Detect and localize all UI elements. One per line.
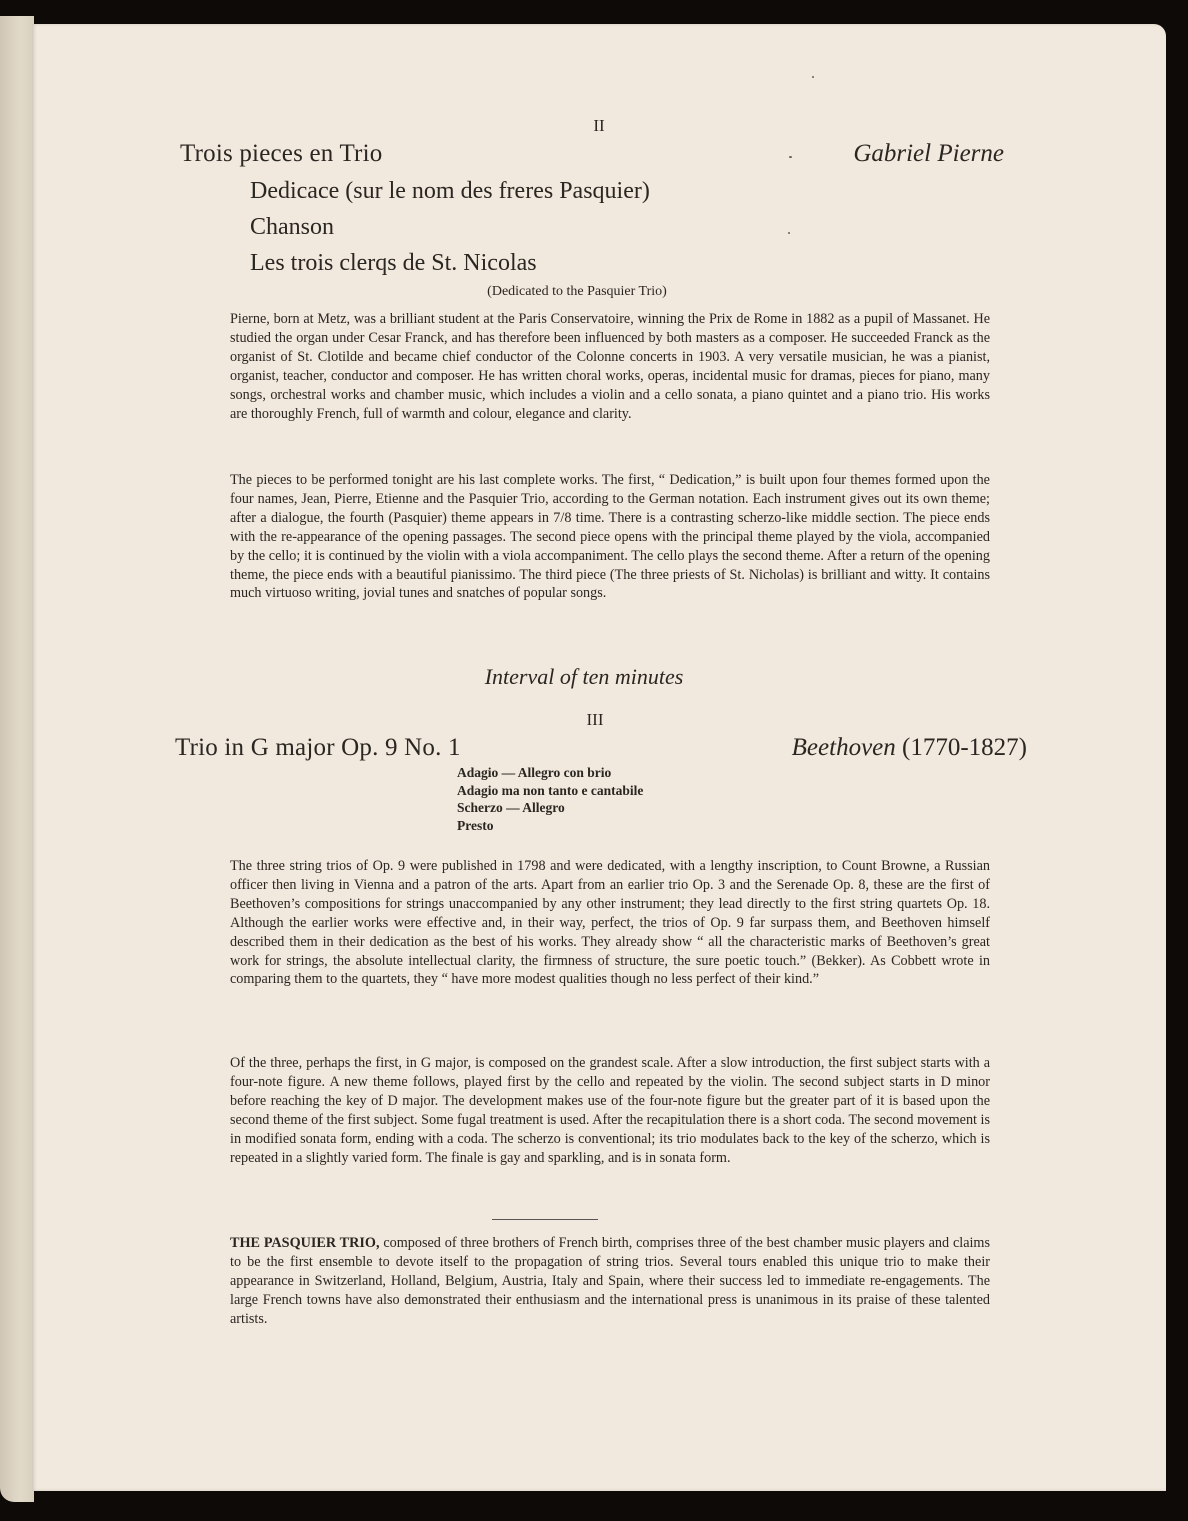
- movement-1: Adagio — Allegro con brio: [457, 764, 643, 782]
- paper-speck: [789, 156, 792, 158]
- dedication-note: (Dedicated to the Pasquier Trio): [10, 284, 1144, 300]
- piece-title-text: Trio in G major Op. 9 No. 1: [175, 734, 461, 761]
- interval-note: Interval of ten minutes: [17, 664, 1151, 690]
- movement-2: Adagio ma non tanto e cantabile: [457, 782, 643, 800]
- composer-years: (1770-1827): [902, 734, 1027, 761]
- program-page: II Trois pieces en Trio Gabriel Pierne D…: [32, 24, 1166, 1491]
- piece-title-beethoven: Trio in G major Op. 9 No. 1: [175, 734, 461, 762]
- section-number-ii: II: [32, 116, 1166, 136]
- paper-speck: [812, 76, 814, 78]
- section-number-iii: III: [28, 710, 1162, 730]
- composer-name: Beethoven: [792, 734, 896, 761]
- beethoven-movements-list: Adagio — Allegro con brio Adagio ma non …: [457, 764, 643, 834]
- pasquier-trio-paragraph: THE PASQUIER TRIO, composed of three bro…: [230, 1234, 990, 1329]
- beethoven-history-paragraph: The three string trios of Op. 9 were pub…: [230, 857, 990, 989]
- composer-beethoven: Beethoven (1770-1827): [792, 734, 1027, 762]
- movement-dedicace: Dedicace (sur le nom des freres Pasquier…: [250, 178, 650, 205]
- previous-page-edge: [0, 16, 34, 1502]
- movement-4: Presto: [457, 817, 643, 835]
- pierne-pieces-paragraph: The pieces to be performed tonight are h…: [230, 471, 990, 603]
- piece-title-pierne: Trois pieces en Trio: [180, 140, 382, 168]
- paper-speck: [788, 232, 790, 234]
- pasquier-trio-lead: THE PASQUIER TRIO,: [230, 1235, 380, 1251]
- movement-chanson: Chanson: [250, 214, 334, 241]
- pierne-biography-paragraph: Pierne, born at Metz, was a brilliant st…: [230, 310, 990, 423]
- movement-3: Scherzo — Allegro: [457, 799, 643, 817]
- beethoven-analysis-paragraph: Of the three, perhaps the first, in G ma…: [230, 1054, 990, 1167]
- movement-trois-clerqs: Les trois clerqs de St. Nicolas: [250, 250, 537, 277]
- section-divider: [492, 1219, 598, 1220]
- composer-pierne: Gabriel Pierne: [853, 140, 1004, 168]
